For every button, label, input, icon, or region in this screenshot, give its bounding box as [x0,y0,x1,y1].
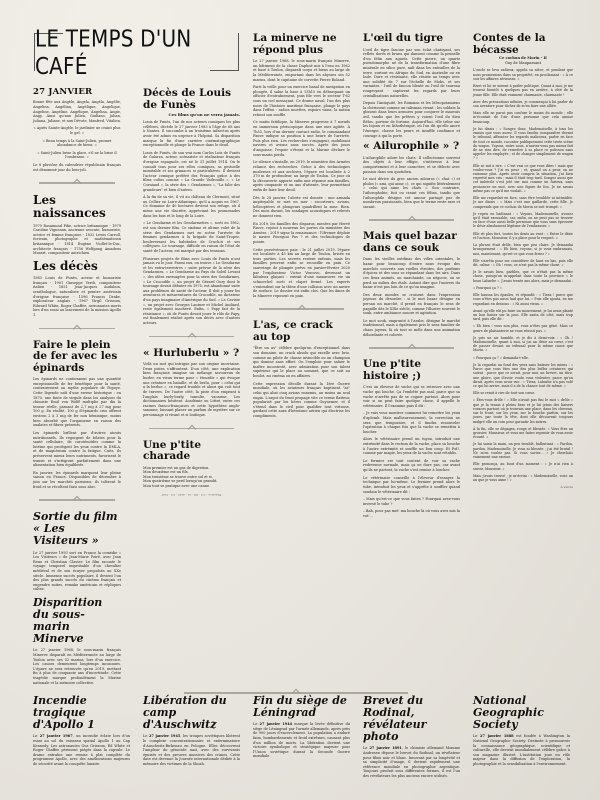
deaths-title: Les décès [33,260,121,273]
histoire-title: Une p'tite histoire ;) [363,359,460,382]
as-text: "Être un as" célèbre quelqu'un d'excepti… [253,346,350,418]
ailurophile-title: « Ailurophile » ? [363,141,460,153]
funes-title: Décès de Louis de Funès [143,88,240,111]
article-auschwitz: Libération du camp d'Auschwitz Le 27 jan… [143,695,240,770]
column-5: Contes de la bécasse Ce cochon de Morin … [473,33,573,489]
apollo-text: Le 27 janvier 1967, un incendie éclate l… [33,734,130,766]
column-2: Décès de Louis de Funès Ces films qu'on … [143,88,240,497]
leningrad-text: Le 27 janvier 1944 marque la levée défin… [253,722,350,759]
becasse-title: Contes de la bécasse [473,33,573,56]
becasse-signature: À suivre [473,485,573,489]
souk-title: Mais quel bazar dans ce souk [363,231,460,254]
divider-ornament [369,217,454,223]
divider-ornament [39,497,115,503]
auschwitz-title: Libération du camp d'Auschwitz [143,695,240,731]
proverb: « Saint-Julien brise la glace, s'il ne l… [33,151,121,160]
calendar-note: Le 8 pluviôse du calendrier républicain … [33,163,121,172]
hurluberlu-title: « Hurluberlu » ? [143,348,240,360]
divider-ornament [39,180,115,186]
rodinal-title: Brevet du Rodinal, révélateur photo [363,695,460,743]
article-natgeo: National Geographic Society Le 27 janvie… [473,695,570,770]
minerve-disparition-text: Le 27 janvier 1968, le sous-marin frança… [33,648,121,685]
funes-text: Louis de Funès, l'un de nos acteurs comi… [143,120,240,326]
divider-ornament [149,334,234,340]
becasse-text: L'oncle se leva radieux, appela sa nièce… [473,68,573,482]
visiteurs-text: Le 27 janvier 1993 sort en France la com… [33,551,121,592]
proverbs: « Après Sainte-Angèle, le jardinier ne c… [33,126,121,160]
column-4: L'œil du tigre L'œil de tigre fascine pa… [363,33,460,522]
article-apollo: Incendie tragique d'Apollo 1 Le 27 janvi… [33,695,130,770]
tiger-eye-text: L'œil de tigre fascine par son éclat cha… [363,48,460,139]
minerve-title: La minerve ne répond plus [253,33,350,56]
divider-ornament [149,426,234,432]
spinach-title: Faire le plein de fer avec les épinards [33,340,121,375]
proverb: « Après Sainte-Angèle, le jardinier ne c… [33,126,121,135]
masthead: LE TEMPS D'UN CAFÉ [34,33,239,71]
rodinal-text: Le 27 janvier 1891, le chimiste allemand… [363,746,460,778]
divider-ornament [369,345,454,351]
charade-answer-upside-down: Réponse : rot - fils - la - dent - rot -… [143,493,240,497]
divider-ornament [259,306,344,312]
leningrad-title: Fin du siège de Léningrad [253,695,350,719]
charade-text: Mon premier est un gaz de digestion. Mon… [143,466,240,489]
becasse-author: Guy de Maupassant [473,61,573,66]
natgeo-title: National Geographic Society [473,695,570,731]
auschwitz-text: Le 27 janvier 1945, les troupes soviétiq… [143,734,240,766]
saints-text: Bonne fête aux Angèle, Angela, Angèla, A… [33,100,121,123]
as-title: L'as, ce crack au top [253,320,350,343]
deaths-text: 1983 Louis de Funès, acteur et humoriste… [33,276,121,317]
masthead-title: LE TEMPS D'UN CAFÉ [35,24,238,79]
newspaper-page: LE TEMPS D'UN CAFÉ 27 JANVIER Bonne fête… [0,0,600,800]
souk-text: Dans les vieilles médinas des villes ori… [363,257,460,337]
spinach-text: Les épinards ne contiennent pas une quan… [33,377,121,489]
tiger-eye-title: L'œil du tigre [363,33,460,45]
births-text: 1979 Rosamund Pike, actrice britannique … [33,224,121,256]
proverb: « Beau temps à la Saint-Julien, promet a… [33,139,121,148]
minerve-disparition-title: Disparition du sous-marin Minerve [33,597,121,645]
article-leningrad: Fin du siège de Léningrad Le 27 janvier … [253,695,350,762]
histoire-text: C'est un éleveur de vache qui se retrouv… [363,385,460,518]
charade-title: Une p'tite charade [143,440,240,463]
column-1: 27 JANVIER Bonne fête aux Angèle, Angela… [33,88,121,688]
minerve-text: Le 27 janvier 1968, le sous-marin frança… [253,59,350,298]
divider-ornament [39,326,115,332]
births-title: Les naissances [33,194,121,220]
article-rodinal: Brevet du Rodinal, révélateur photo Le 2… [363,695,460,782]
hurluberlu-text: Voilà un mot qui intrigue par son origin… [143,362,240,417]
funes-subtitle: Ces films qu'on ne verra jamais. [143,112,240,117]
ailurophile-text: L'ailurophile adore les chats. Il collec… [363,156,460,210]
column-3: La minerve ne répond plus Le 27 janvier … [253,33,350,422]
natgeo-text: Le 27 janvier 1888 est fondée à Washingt… [473,734,570,766]
apollo-title: Incendie tragique d'Apollo 1 [33,695,130,731]
visiteurs-title: Sortie du film « Les Visiteurs » [33,511,121,547]
date-title: 27 JANVIER [33,88,121,97]
